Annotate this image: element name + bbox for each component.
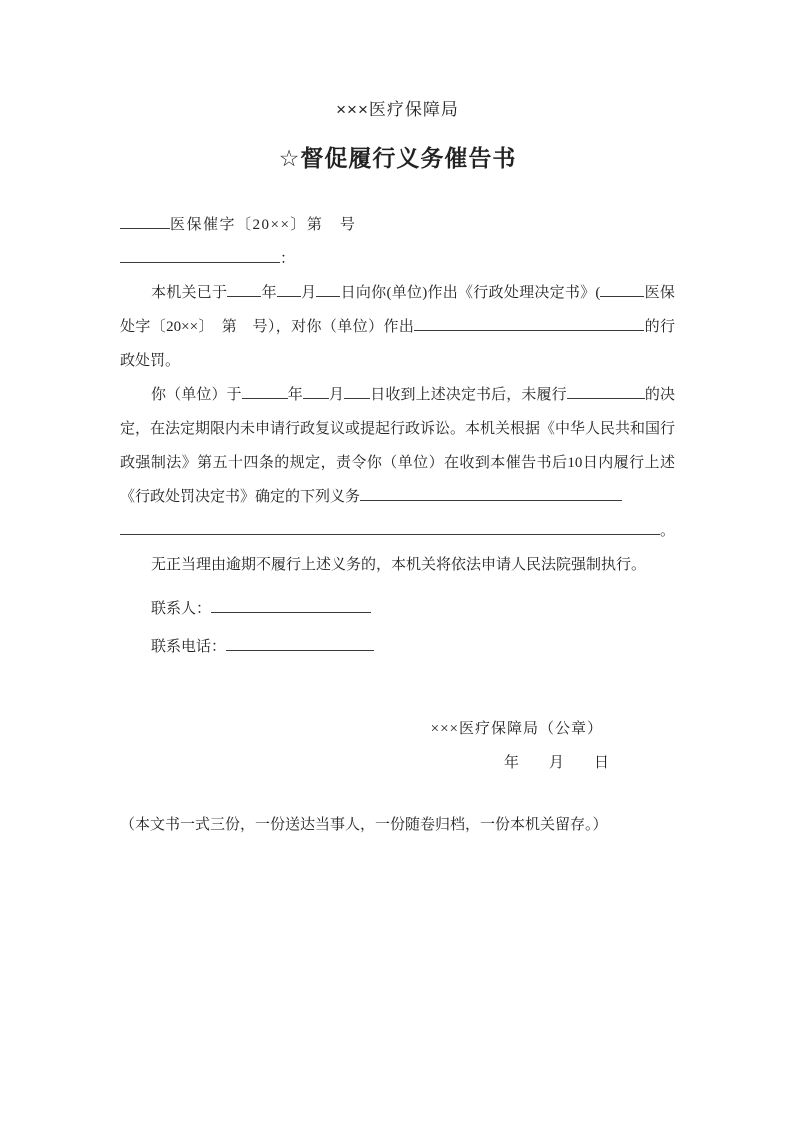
fill-in-blank xyxy=(211,599,371,613)
document-title-text: 督促履行义务催告书 xyxy=(300,145,516,171)
document-content: ×××医疗保障局 ☆督促履行义务催告书 医保催字〔20××〕第 号 ： 本机关已… xyxy=(0,0,793,842)
fill-in-blank xyxy=(360,487,622,501)
contact-person-line: 联系人： xyxy=(120,590,675,628)
fill-in-blank xyxy=(600,283,644,297)
text-run: 年 xyxy=(261,285,277,301)
doc-number-line: 医保催字〔20××〕第 号 xyxy=(120,208,675,242)
paragraph-demand: 你（单位）于年月日收到上述决定书后，未履行的决定，在法定期限内未申请行政复议或提… xyxy=(120,378,675,514)
text-run: 日收到上述决定书后，未履行 xyxy=(370,387,567,403)
text-run: 你（单位）于 xyxy=(151,387,242,403)
salutation-line: ： xyxy=(120,242,675,276)
text-run: 月 xyxy=(301,285,317,301)
fill-in-blank xyxy=(344,385,370,399)
paragraph-warning: 无正当理由逾期不履行上述义务的，本机关将依法申请人民法院强制执行。 xyxy=(120,548,675,582)
contact-phone-line: 联系电话： xyxy=(120,628,675,666)
signature-block: ×××医疗保障局（公章） 年 月 日 xyxy=(120,712,675,780)
text-run: ： xyxy=(280,251,295,267)
fill-in-blank xyxy=(277,283,301,297)
paragraph-decision: 本机关已于年月日向你(单位)作出《行政处理决定书》(医保处字〔20××〕 第 号… xyxy=(120,276,675,378)
paragraph-demand-continued: 。 xyxy=(120,514,675,548)
fill-in-blank xyxy=(242,385,288,399)
star-icon: ☆ xyxy=(279,145,301,171)
text-run: 日向你(单位)作出《行政处理决定书》( xyxy=(340,285,600,301)
fill-in-blank xyxy=(227,283,261,297)
text-run: 联系电话： xyxy=(151,639,226,655)
agency-title: ×××医疗保障局 xyxy=(120,98,675,122)
fill-in-blank xyxy=(120,249,280,263)
footer-note: （本文书一式三份，一份送达当事人，一份随卷归档，一份本机关留存。） xyxy=(120,808,675,842)
text-run: 月 xyxy=(329,387,344,403)
document-page: ×××医疗保障局 ☆督促履行义务催告书 医保催字〔20××〕第 号 ： 本机关已… xyxy=(0,0,793,1122)
text-run: 年 xyxy=(288,387,303,403)
fill-in-blank xyxy=(120,215,170,229)
document-title: ☆督促履行义务催告书 xyxy=(120,142,675,174)
fill-in-blank xyxy=(567,385,645,399)
signature-agency: ×××医疗保障局（公章） xyxy=(120,712,675,746)
signature-date: 年 月 日 xyxy=(120,746,675,780)
text-run: 本机关已于 xyxy=(151,285,227,301)
text-run: 。 xyxy=(660,523,675,539)
fill-in-blank xyxy=(303,385,329,399)
fill-in-blank xyxy=(414,317,644,331)
text-run: 医保催字〔20××〕第 号 xyxy=(170,217,356,233)
contact-block: 联系人： 联系电话： xyxy=(120,590,675,666)
text-run: 联系人： xyxy=(151,601,211,617)
fill-in-blank xyxy=(120,521,660,535)
text-run: 无正当理由逾期不履行上述义务的，本机关将依法申请人民法院强制执行。 xyxy=(151,557,646,573)
fill-in-blank xyxy=(226,637,374,651)
fill-in-blank xyxy=(316,283,340,297)
